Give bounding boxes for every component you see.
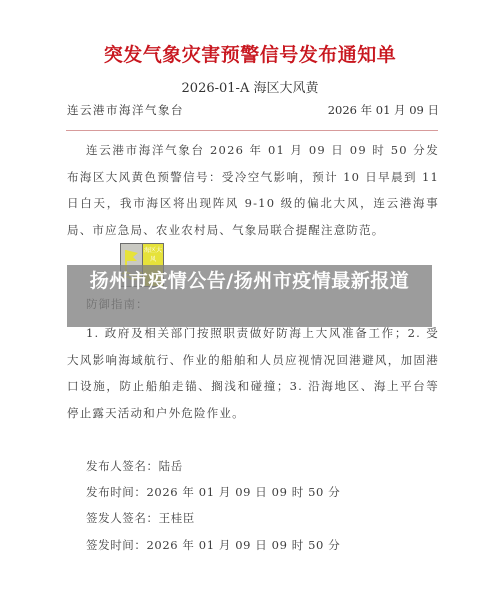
headline-overlay-banner[interactable]: 扬州市疫情公告/扬州市疫情最新报道 <box>67 265 432 327</box>
issue-date: 2026 年 01 月 09 日 <box>328 102 439 118</box>
headline-text[interactable]: 扬州市疫情公告/扬州市疫情最新报道 <box>90 270 409 292</box>
sign-time: 签发时间：2026 年 01 月 09 日 09 时 50 分 <box>86 537 340 553</box>
red-divider <box>66 130 438 131</box>
document-page: 突发气象灾害预警信号发布通知单 2026-01-A 海区大风黄 连云港市海洋气象… <box>0 0 500 593</box>
document-subtitle: 2026-01-A 海区大风黄 <box>0 77 500 96</box>
guide-paragraph: 1. 政府及相关部门按照职责做好防海上大风准备工作；2. 受大风影响海域航行、作… <box>67 320 439 426</box>
publisher-signature: 发布人签名：陆岳 <box>86 458 183 474</box>
document-title: 突发气象灾害预警信号发布通知单 <box>0 40 500 67</box>
signer-signature: 签发人签名：王桂臣 <box>86 510 195 526</box>
body-paragraph: 连云港市海洋气象台 2026 年 01 月 09 日 09 时 50 分发布海区… <box>67 137 439 243</box>
publish-time: 发布时间：2026 年 01 月 09 日 09 时 50 分 <box>86 484 340 500</box>
issuer-org: 连云港市海洋气象台 <box>67 102 184 118</box>
